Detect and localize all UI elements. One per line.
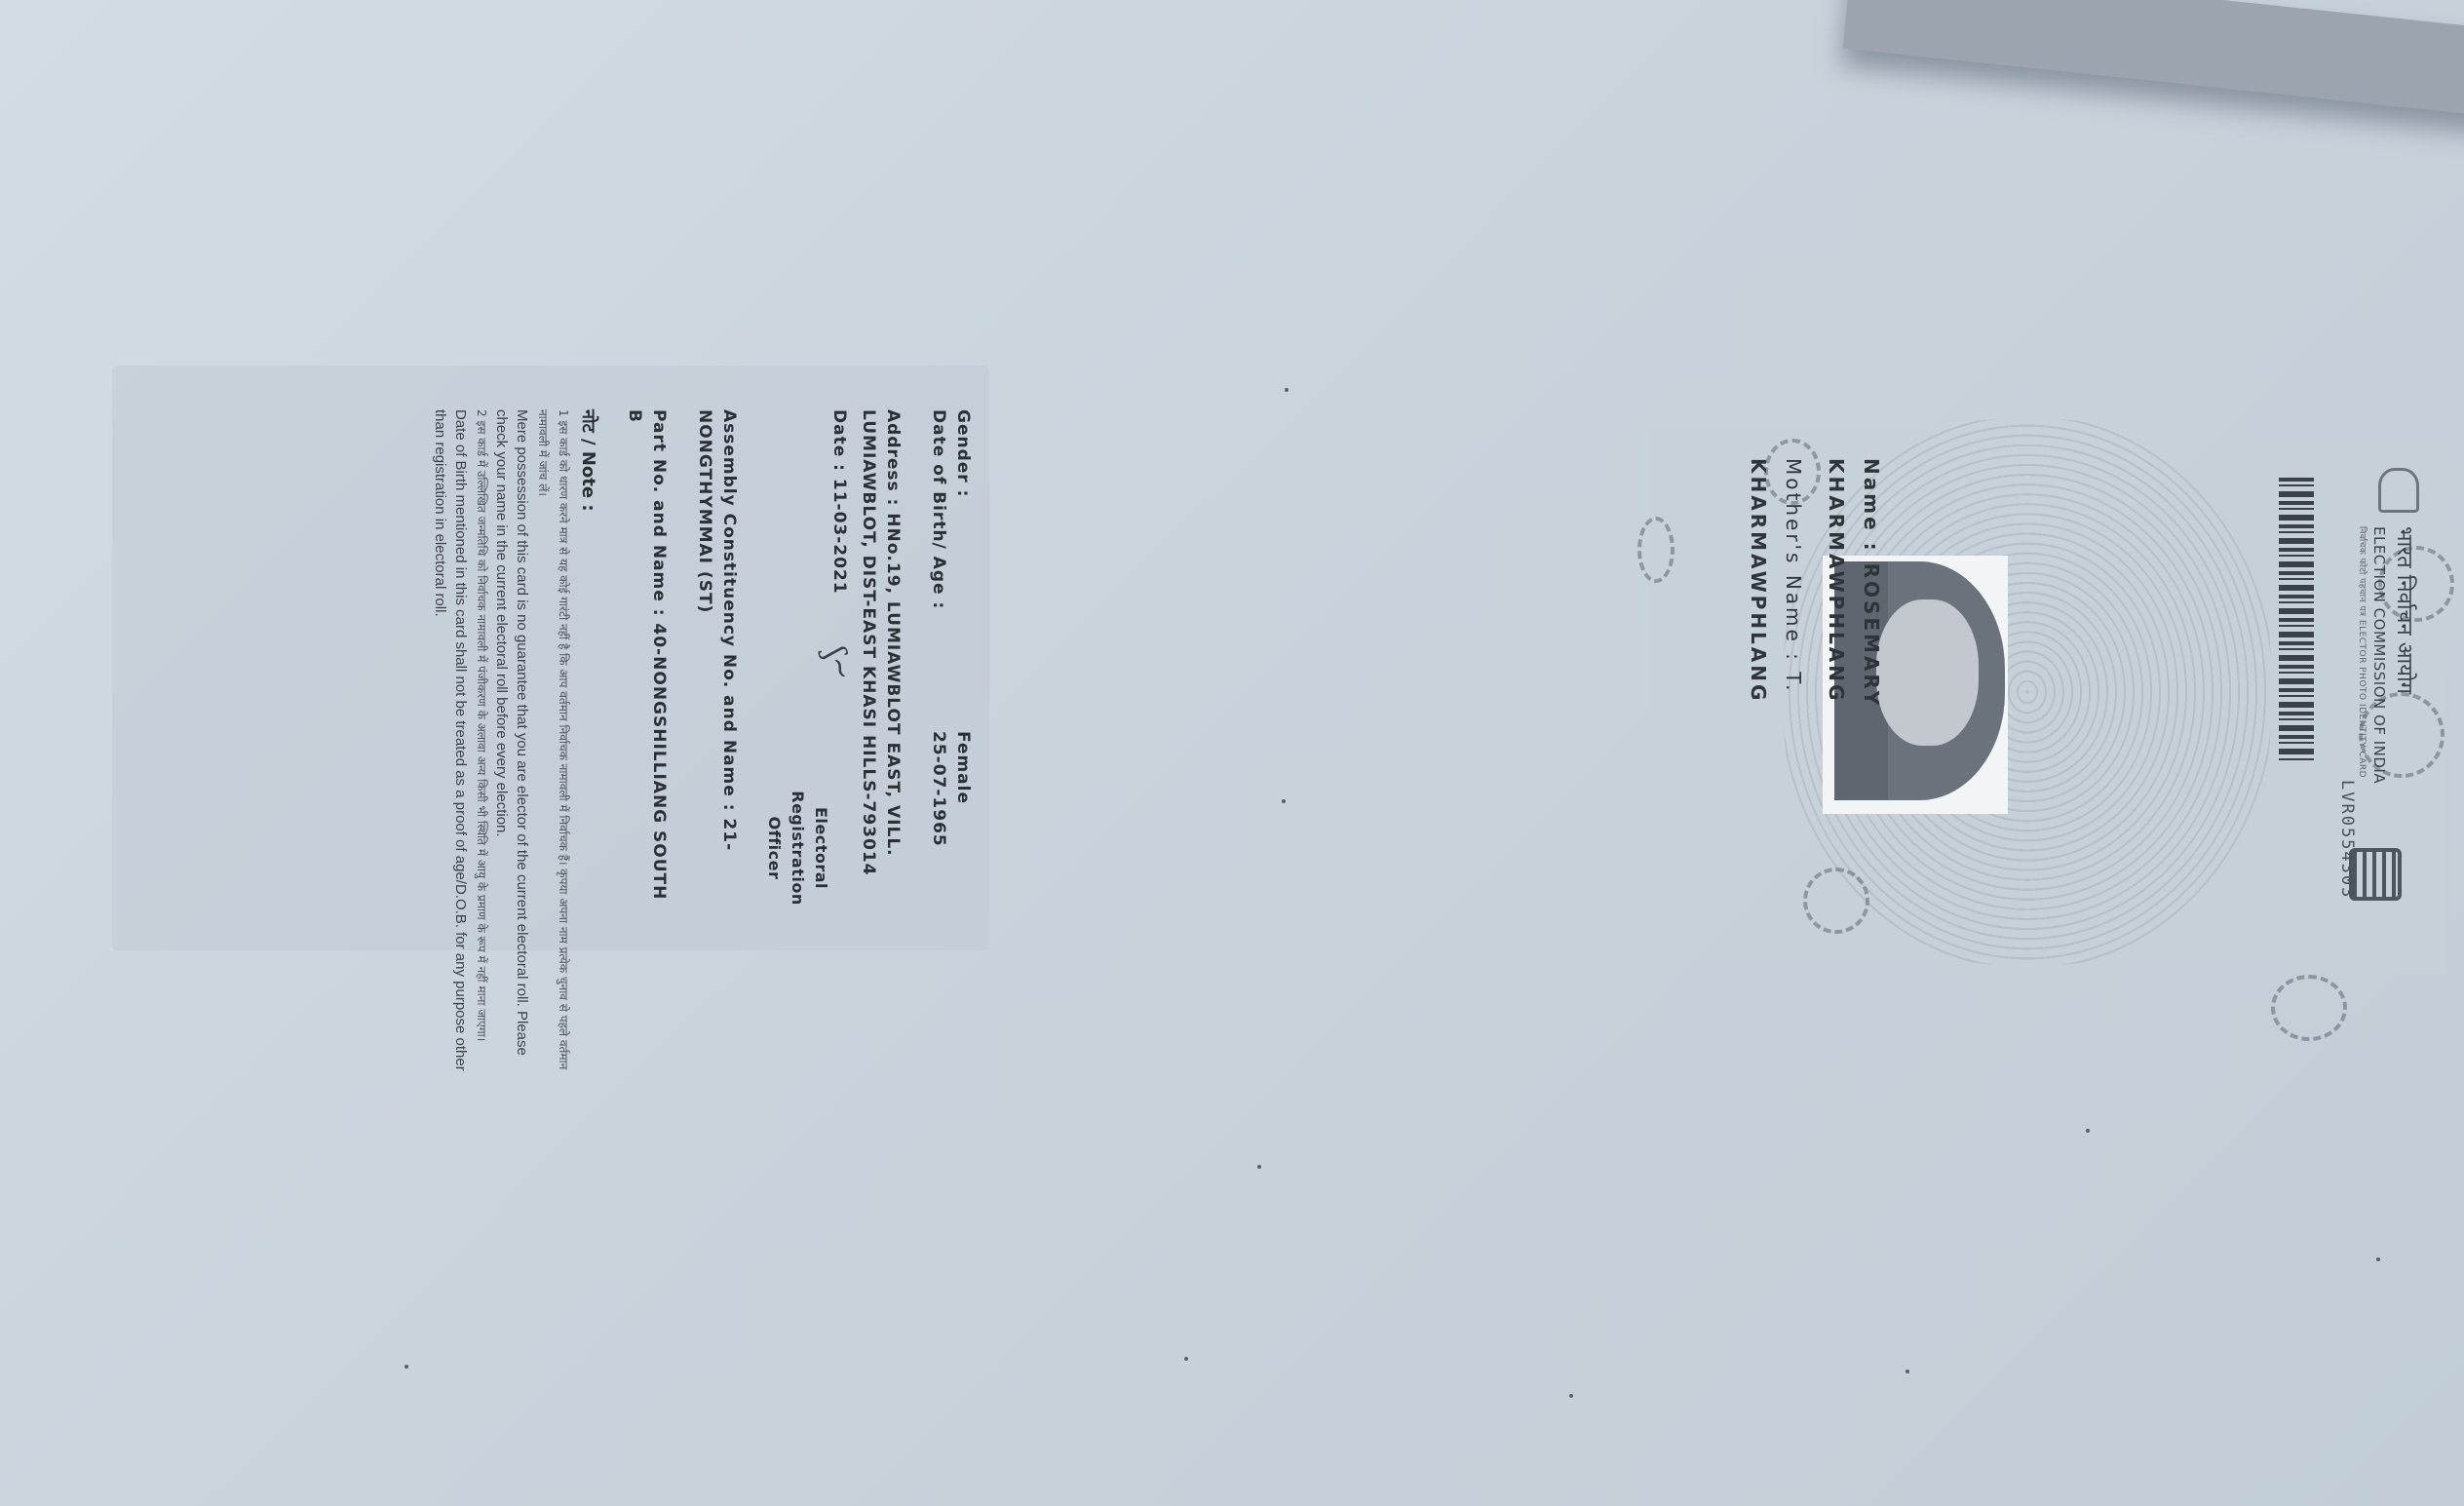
note-english-1: Mere possession of this card is no guara… xyxy=(491,409,532,1072)
ero-line-1: Electoral Registration xyxy=(786,751,832,946)
name-line-1: Name : ROSEMARY xyxy=(1854,458,1889,751)
dust-speck xyxy=(2086,1129,2090,1133)
address-line-2: LUMIAWBLOT, DIST-EAST KHASI HILLS-793014 xyxy=(856,409,880,994)
mother-name-line-2: KHARMAWPHLANG xyxy=(1741,458,1776,751)
ero-title: Electoral Registration Officer xyxy=(762,751,832,946)
ero-line-2: Officer xyxy=(762,751,786,946)
address-line-1: Address : HNo.19, LUMIAWBLOT EAST, VILL. xyxy=(880,409,905,994)
dust-speck xyxy=(1257,1165,1261,1169)
mother-name-line-1: Mother's Name : T. xyxy=(1776,458,1811,751)
card-subheader: निर्वाचक फोटो पहचान पत्र ELECTOR PHOTO I… xyxy=(2355,526,2368,916)
note-english-2: Date of Birth mentioned in this card sha… xyxy=(430,409,471,1072)
dust-speck xyxy=(404,1365,408,1369)
note-hindi-1: 1 इस कार्ड को धारण करने मात्र से यह कोई … xyxy=(532,409,573,1072)
swirl-ornament xyxy=(1637,517,1675,583)
epic-number: LVR0554303 xyxy=(2337,780,2357,899)
dust-speck xyxy=(1285,388,1289,392)
assembly-constituency-line-1: Assembly Constituency No. and Name : 21- xyxy=(716,409,741,994)
gender-row: Gender : Female xyxy=(950,409,975,955)
swirl-ornament xyxy=(1803,868,1869,934)
dob-label: Date of Birth/ Age : xyxy=(929,409,948,609)
signature-mark: ʃ~ xyxy=(817,643,860,685)
dob-value: 25-07-1965 xyxy=(926,731,950,847)
swirl-ornament xyxy=(2271,975,2347,1041)
name-line-2: KHARMAWPHLANG xyxy=(1819,458,1854,751)
part-no-line-2: B xyxy=(622,409,646,994)
dust-speck xyxy=(2376,1257,2380,1261)
gender-value: Female xyxy=(950,731,975,804)
note-title: नोट / Note : xyxy=(577,409,600,955)
header-hindi: भारत निर्वाचन आयोग xyxy=(2390,526,2417,916)
dob-row: Date of Birth/ Age : 25-07-1965 xyxy=(926,409,950,955)
dust-speck xyxy=(1569,1394,1573,1398)
photo-face xyxy=(1876,599,1979,746)
barcode xyxy=(2279,478,2314,760)
card-back: Gender : Female Date of Birth/ Age : 25-… xyxy=(430,409,975,955)
dust-speck xyxy=(1282,799,1286,803)
part-no-line-1: Part No. and Name : 40-NONGSHILLIANG SOU… xyxy=(646,409,671,994)
national-emblem-icon xyxy=(2378,468,2419,513)
dust-speck xyxy=(1184,1357,1188,1361)
note-hindi-2: 2 इस कार्ड में उल्लिखित जन्मतिथि को निर्… xyxy=(471,409,491,1072)
paper-edge-shadow xyxy=(1843,0,2464,130)
dust-speck xyxy=(1906,1370,1909,1373)
assembly-constituency-line-2: NONGTHYMMAI (ST) xyxy=(692,409,716,994)
gender-label: Gender : xyxy=(953,409,973,497)
card-front-details: Name : ROSEMARY KHARMAWPHLANG Mother's N… xyxy=(1741,458,1889,751)
card-front-header: भारत निर्वाचन आयोग ELECTION COMMISSION O… xyxy=(2355,526,2417,916)
header-english: ELECTION COMMISSION OF INDIA xyxy=(2368,526,2390,916)
